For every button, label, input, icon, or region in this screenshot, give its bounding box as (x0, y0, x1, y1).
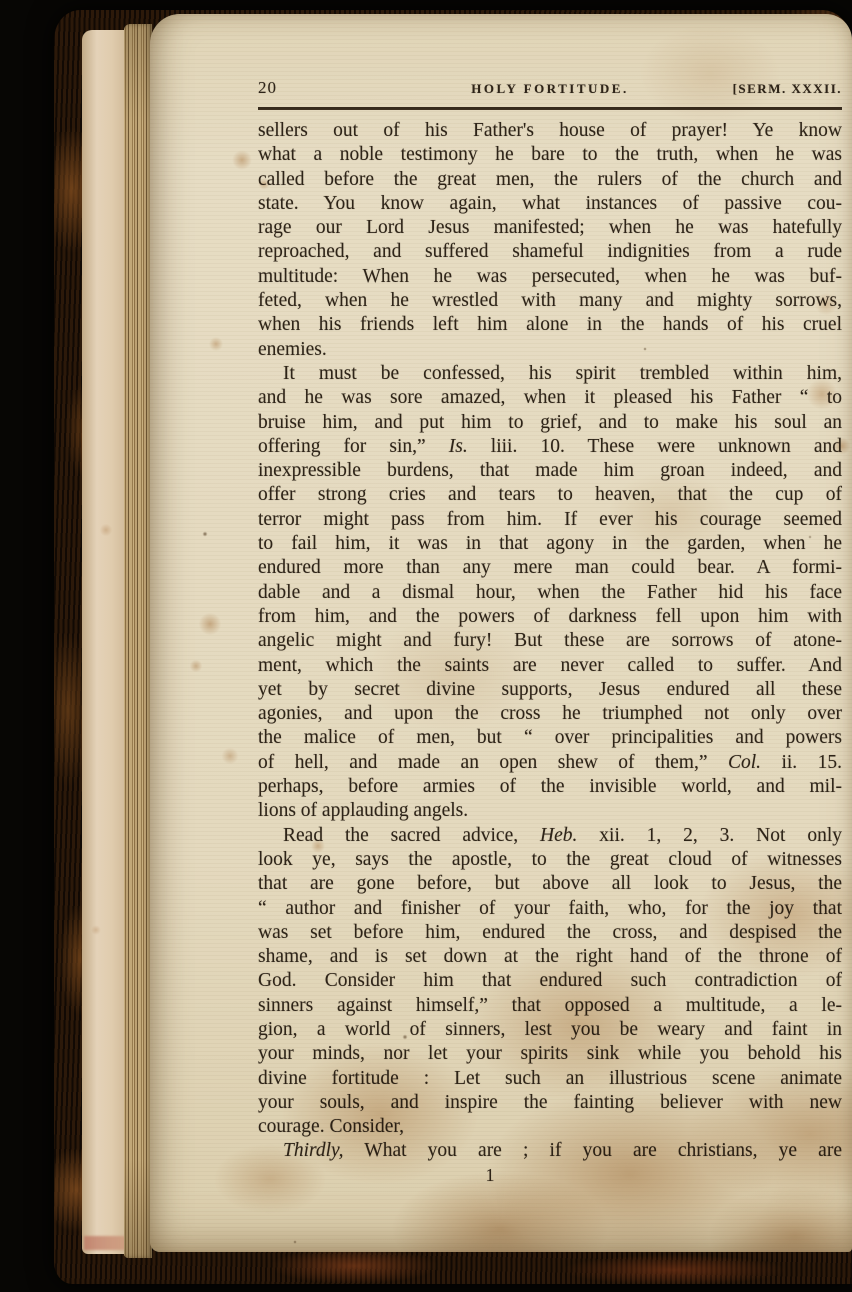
text-line: Read the sacred advice, Heb. xii. 1, 2, … (258, 824, 842, 848)
text-line: of hell, and made an open shew of them,”… (258, 751, 842, 775)
scan-background: { "document": { "header": { "page_number… (0, 0, 852, 1292)
text-line: when his friends left him alone in the h… (258, 313, 842, 337)
page-header: 20 HOLY FORTITUDE. [SERM. XXXII. (258, 78, 842, 100)
text-line: “ author and finisher of your faith, who… (258, 897, 842, 921)
paragraph: Read the sacred advice, Heb. xii. 1, 2, … (258, 824, 842, 1140)
text-line: your souls, and inspire the fainting bel… (258, 1091, 842, 1115)
text-line: gion, a world of sinners, lest you be we… (258, 1018, 842, 1042)
signature-mark: 1 (486, 1165, 495, 1186)
text-line: to fail him, it was in that agony in the… (258, 532, 842, 556)
text-line: reproached, and suffered shameful indign… (258, 240, 842, 264)
flyleaf-edge (82, 30, 124, 1254)
book-cover-edge: 20 HOLY FORTITUDE. [SERM. XXXII. sellers… (54, 10, 852, 1284)
text-line: shame, and is set down at the right hand… (258, 945, 842, 969)
text-line: was set before him, endured the cross, a… (258, 921, 842, 945)
text-line: divine fortitude : Let such an illustrio… (258, 1067, 842, 1091)
text-line: what a noble testimony he bare to the tr… (258, 143, 842, 167)
text-line: dable and a dismal hour, when the Father… (258, 581, 842, 605)
book-page: 20 HOLY FORTITUDE. [SERM. XXXII. sellers… (150, 14, 852, 1252)
text-line: from him, and the powers of darkness fel… (258, 605, 842, 629)
section-label: [SERM. XXXII. (733, 81, 842, 97)
paragraph: It must be confessed, his spirit tremble… (258, 362, 842, 824)
text-line: state. You know again, what instances of… (258, 192, 842, 216)
text-line: the malice of men, but “ over principali… (258, 726, 842, 750)
signature-line: 1 (258, 1165, 842, 1191)
text-line: ment, which the saints are never called … (258, 654, 842, 678)
text-line: and he was sore amazed, when it pleased … (258, 386, 842, 410)
text-line: courage. Consider, (258, 1115, 842, 1139)
text-line: inexpressible burdens, that made him gro… (258, 459, 842, 483)
text-line: terror might pass from him. If ever his … (258, 508, 842, 532)
header-double-rule (258, 107, 842, 110)
text-line: lions of applauding angels. (258, 799, 842, 823)
page-content: 20 HOLY FORTITUDE. [SERM. XXXII. sellers… (258, 78, 842, 1191)
text-line: agonies, and upon the cross he triumphed… (258, 702, 842, 726)
text-line: Thirdly, What you are ; if you are chris… (258, 1139, 842, 1163)
text-line: enemies. (258, 338, 842, 362)
text-line: your minds, nor let your spirits sink wh… (258, 1042, 842, 1066)
text-line: endured more than any mere man could bea… (258, 556, 842, 580)
text-line: angelic might and fury! But these are so… (258, 629, 842, 653)
running-title: HOLY FORTITUDE. (471, 81, 628, 97)
paragraph: sellers out of his Father's house of pra… (258, 119, 842, 362)
text-line: feted, when he wrestled with many and mi… (258, 289, 842, 313)
paragraph: Thirdly, What you are ; if you are chris… (258, 1139, 842, 1163)
text-line: called before the great men, the rulers … (258, 168, 842, 192)
text-line: multitude: When he was persecuted, when … (258, 265, 842, 289)
text-line: that are gone before, but above all look… (258, 872, 842, 896)
text-line: God. Consider him that endured such cont… (258, 969, 842, 993)
text-line: bruise him, and put him to grief, and to… (258, 411, 842, 435)
text-line: rage our Lord Jesus manifested; when he … (258, 216, 842, 240)
text-line: look ye, says the apostle, to the great … (258, 848, 842, 872)
page-fore-edges (124, 24, 152, 1258)
page-number: 20 (258, 78, 277, 98)
text-line: yet by secret divine supports, Jesus end… (258, 678, 842, 702)
text-line: offering for sin,” Is. liii. 10. These w… (258, 435, 842, 459)
text-line: sellers out of his Father's house of pra… (258, 119, 842, 143)
text-line: It must be confessed, his spirit tremble… (258, 362, 842, 386)
text-line: offer strong cries and tears to heaven, … (258, 483, 842, 507)
body-text: sellers out of his Father's house of pra… (258, 119, 842, 1164)
text-line: perhaps, before armies of the invisible … (258, 775, 842, 799)
text-line: sinners against himself,” that opposed a… (258, 994, 842, 1018)
